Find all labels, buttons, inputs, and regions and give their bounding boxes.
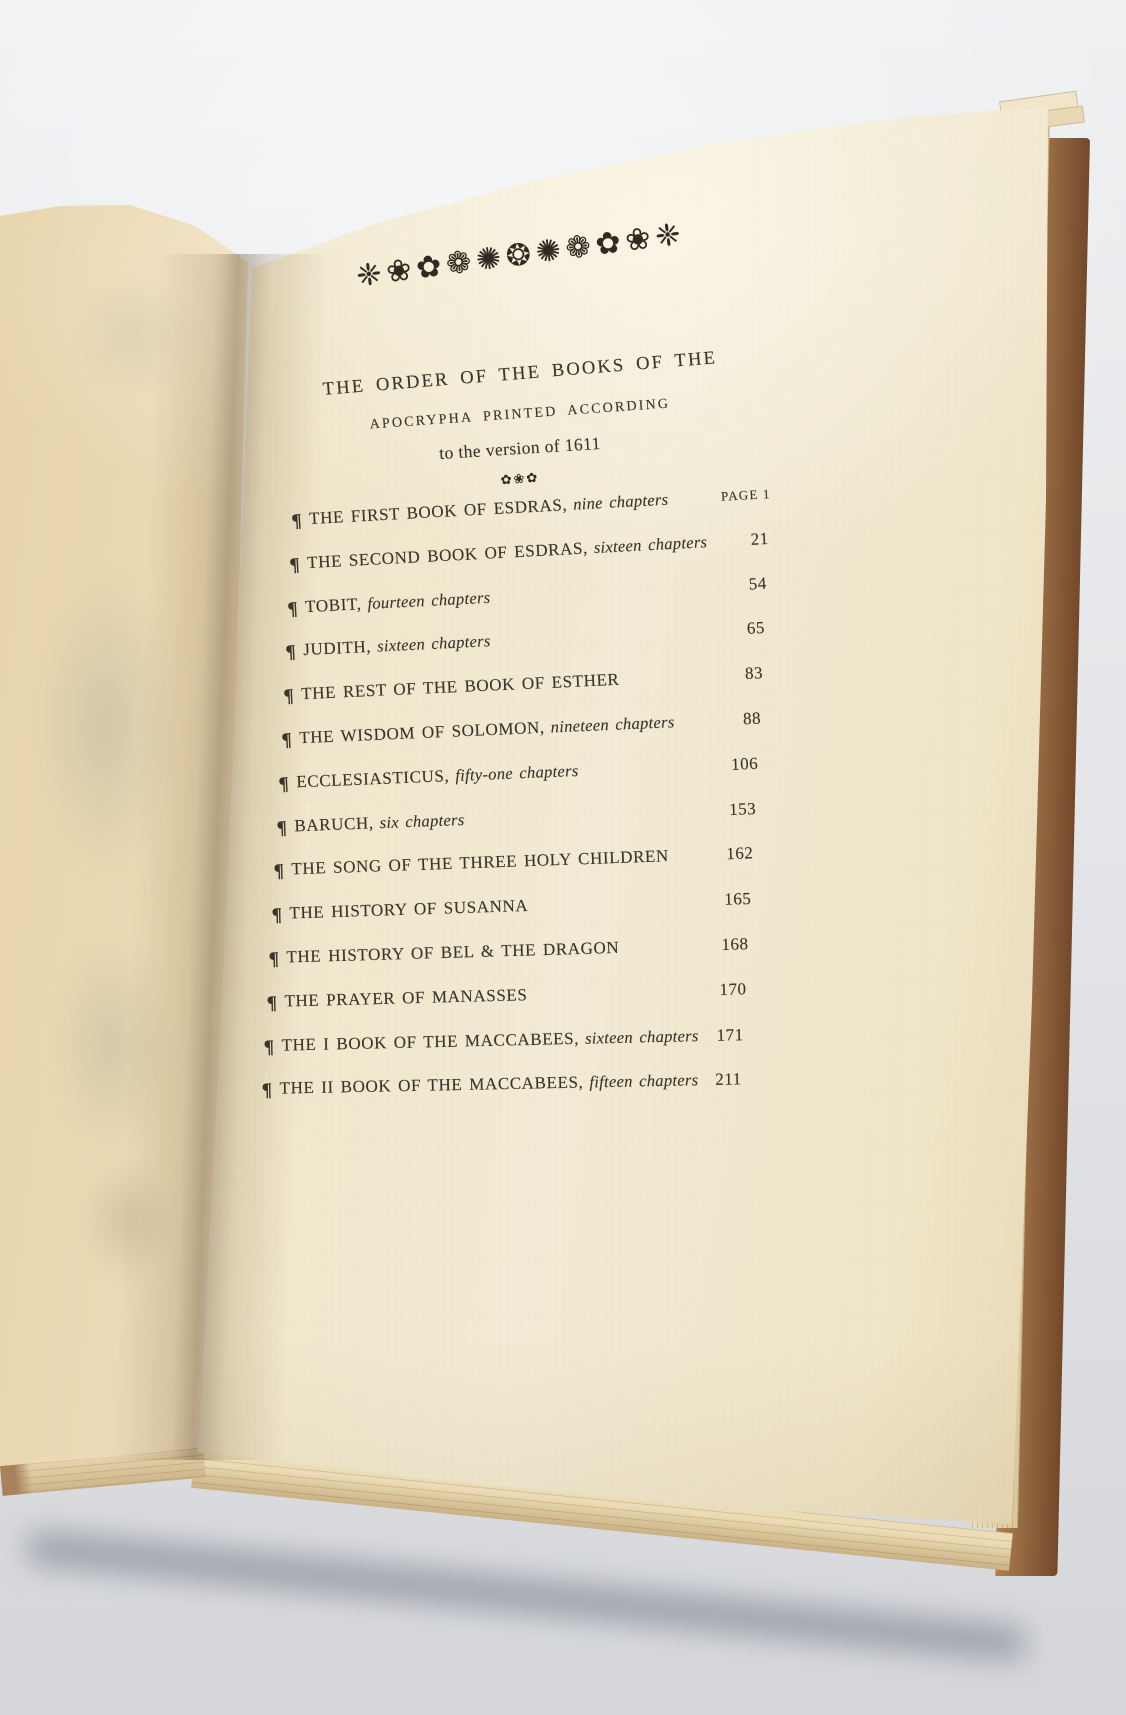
pilcrow-mark: ¶ xyxy=(285,643,297,662)
pilcrow-mark: ¶ xyxy=(283,687,295,706)
pilcrow-mark: ¶ xyxy=(273,862,285,881)
pilcrow-mark: ¶ xyxy=(291,511,303,531)
pilcrow-mark: ¶ xyxy=(262,1081,273,1100)
toc-entry-page-number: 171 xyxy=(698,1025,743,1046)
toc-entry-page-number: 54 xyxy=(708,573,767,596)
toc-entry-page-number: 88 xyxy=(703,708,762,730)
toc-entry-title: BARUCH, xyxy=(294,813,374,835)
pilcrow-mark: ¶ xyxy=(268,950,279,969)
pilcrow-mark: ¶ xyxy=(264,1037,275,1056)
toc-entry-page-number: 65 xyxy=(706,618,765,641)
toc-entry-title: TOBIT, xyxy=(305,594,362,616)
pilcrow-mark: ¶ xyxy=(281,731,293,750)
toc-entry-page-number: 170 xyxy=(688,979,747,1001)
toc-entry-page-number: 211 xyxy=(698,1070,742,1091)
toc-entry-page-number: 168 xyxy=(690,934,749,956)
toc-entry-page-number: 153 xyxy=(698,799,757,821)
toc-entry-page-number: 21 xyxy=(710,529,769,552)
toc-entry: ¶THE II BOOK OF THE MACCABEES,fifteen ch… xyxy=(262,1070,743,1123)
toc-entry-chapters: sixteen chapters xyxy=(585,1026,699,1048)
pilcrow-mark: ¶ xyxy=(271,906,282,925)
toc-entry-page-number: PAGE 1 xyxy=(698,486,771,506)
pilcrow-mark: ¶ xyxy=(289,555,301,575)
toc-entry-page-number: 162 xyxy=(695,844,754,866)
toc-entry-chapters: fifteen chapters xyxy=(589,1071,698,1092)
toc-entry-chapters: nine chapters xyxy=(573,490,669,514)
toc-entry-page-number: 106 xyxy=(700,754,759,776)
toc-entry-chapters: sixteen chapters xyxy=(377,632,491,656)
toc-entry-chapters: nineteen chapters xyxy=(550,712,675,736)
toc-entry-chapters xyxy=(625,670,626,689)
toc-entry-chapters: fifty-one chapters xyxy=(455,761,579,785)
toc-list: ¶THE FIRST BOOK OF ESDRAS,nine chapters … xyxy=(262,510,742,1123)
pilcrow-mark: ¶ xyxy=(276,818,288,837)
pilcrow-mark: ¶ xyxy=(287,599,299,619)
photo-scene: ❈❀✿❁✺❂✺❁✿❀❈ THE ORDER OF THE BOOKS OF TH… xyxy=(0,0,1126,1715)
toc-entry-title: THE FIRST BOOK OF ESDRAS, xyxy=(309,495,568,528)
toc-entry-chapters xyxy=(534,896,535,915)
toc-entry-chapters xyxy=(625,938,626,957)
toc-entry-chapters: six chapters xyxy=(379,810,465,832)
toc-entry-page-number: 83 xyxy=(705,663,764,686)
pilcrow-mark: ¶ xyxy=(278,774,290,793)
toc-entry-title: JUDITH, xyxy=(303,637,372,659)
page-title-line-1: THE ORDER OF THE BOOKS OF THE xyxy=(300,346,740,402)
printed-content: ❈❀✿❁✺❂✺❁✿❀❈ THE ORDER OF THE BOOKS OF TH… xyxy=(0,0,1126,1715)
toc-entry-page-number: 165 xyxy=(693,889,752,911)
toc-entry-chapters xyxy=(674,846,675,865)
pilcrow-mark: ¶ xyxy=(266,993,277,1012)
ornament-band: ❈❀✿❁✺❂✺❁✿❀❈ xyxy=(281,210,761,302)
